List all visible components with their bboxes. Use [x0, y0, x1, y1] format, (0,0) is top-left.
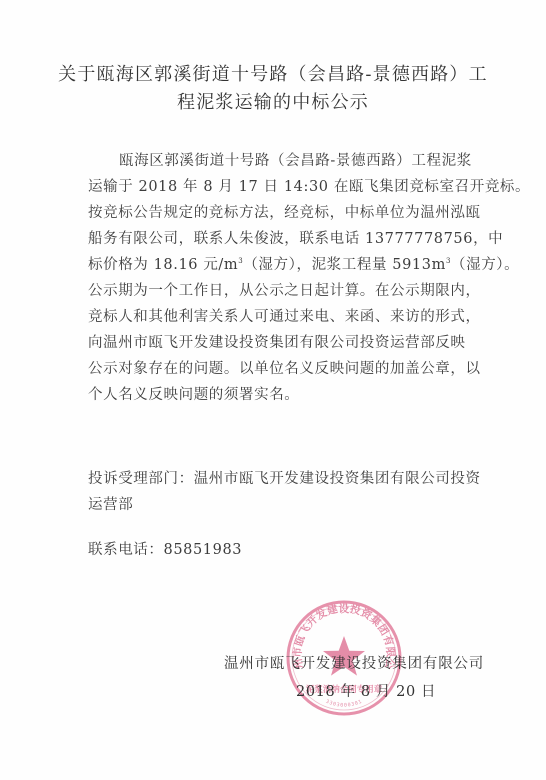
- paragraph-line: 竞标人和其他利害关系人可通过来电、来函、来访的形式，: [88, 304, 474, 330]
- paragraph-line: 船务有限公司，联系人朱俊波，联系电话 13777778756，中: [88, 226, 474, 252]
- paragraph-line: 运输于 2018 年 8 月 17 日 14:30 在瓯飞集团竞标室召开竞标。: [88, 174, 474, 200]
- announcement-paragraph: 瓯海区郭溪街道十号路（会昌路-景德西路）工程泥浆 运输于 2018 年 8 月 …: [88, 148, 474, 408]
- paragraph-line: 个人名义反映问题的须署实名。: [88, 382, 474, 408]
- document-page: 关于瓯海区郭溪街道十号路（会昌路-景德西路）工 程泥浆运输的中标公示 瓯海区郭溪…: [0, 0, 546, 780]
- signature-organization: 温州市瓯飞开发建设投资集团有限公司: [224, 652, 484, 673]
- paragraph-line: 向温州市瓯飞开发建设投资集团有限公司投资运营部反映: [88, 330, 474, 356]
- price-line: 标价格为 18.16 元/m3（湿方），泥浆工程量 5913m3（湿方）。: [88, 252, 474, 278]
- paragraph-line: 公示对象存在的问题。以单位名义反映问题的加盖公章，以: [88, 356, 474, 382]
- complaint-line-1: 投诉受理部门：温州市瓯飞开发建设投资集团有限公司投资: [88, 466, 474, 492]
- complaint-line-2: 运营部: [88, 492, 474, 518]
- document-title-line-2: 程泥浆运输的中标公示: [0, 89, 546, 117]
- document-title-line-1: 关于瓯海区郭溪街道十号路（会昌路-景德西路）工: [0, 61, 546, 89]
- signature-date: 2018 年 8 月 20 日: [296, 680, 436, 701]
- complaint-department: 投诉受理部门：温州市瓯飞开发建设投资集团有限公司投资 运营部: [88, 466, 474, 518]
- contact-phone-text: 联系电话：85851983: [88, 537, 474, 563]
- wet-unit-text: （湿方）。: [451, 257, 519, 273]
- volume-text: （湿方），泥浆工程量 5913m: [243, 257, 446, 273]
- contact-phone: 联系电话：85851983: [88, 537, 474, 563]
- paragraph-line: 按竞标公告规定的竞标方法，经竞标，中标单位为温州泓瓯: [88, 200, 474, 226]
- paragraph-line: 公示期为一个工作日，从公示之日起计算。在公示期限内，: [88, 278, 474, 304]
- paragraph-line: 瓯海区郭溪街道十号路（会昌路-景德西路）工程泥浆: [88, 148, 474, 174]
- price-text: 标价格为 18.16 元/m: [88, 257, 238, 273]
